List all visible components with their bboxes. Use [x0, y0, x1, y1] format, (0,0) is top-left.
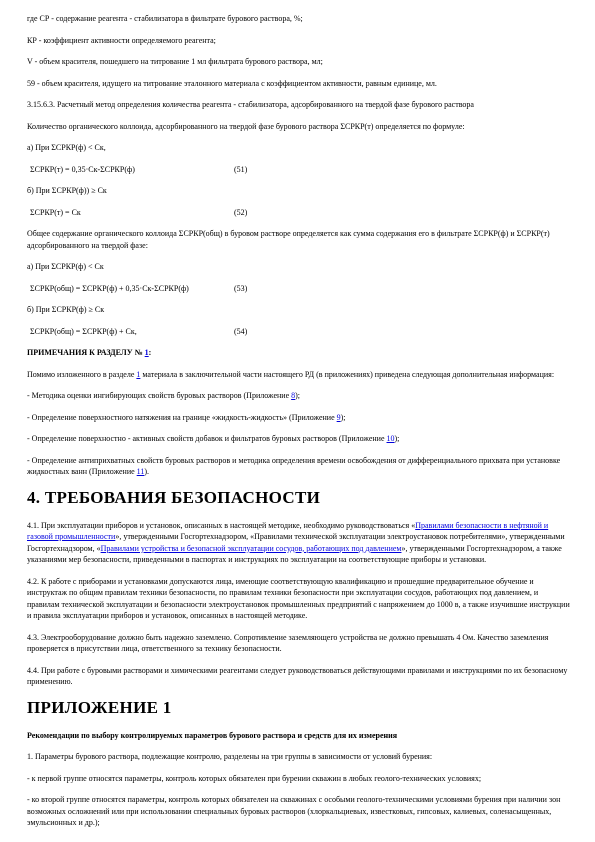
para-3-15-6-3: 3.15.6.3. Расчетный метод определения ко… [27, 99, 571, 111]
document-body: где СР - содержание реагента - стабилиза… [27, 13, 571, 829]
para-bullet-antiprihvat: - Определение антиприхватных свойств бур… [27, 455, 571, 478]
formula-54: ΣСРКР(общ) = ΣСРКР(ф) + Ск,(54) [27, 326, 571, 338]
text-run: КР - коэффициент активности определяемог… [27, 36, 216, 45]
text-run: - Определение антиприхватных свойств бур… [27, 456, 560, 477]
text-run: Общее содержание органического коллоида … [27, 229, 550, 250]
text-run: где СР - содержание реагента - стабилиза… [27, 14, 303, 23]
text-run: материала в заключительной части настоящ… [140, 370, 554, 379]
formula-expression: ΣСРКР(общ) = ΣСРКР(ф) + 0,35·Ск-ΣСРКР(ф) [30, 284, 189, 293]
text-run: Рекомендации по выбору контролируемых па… [27, 731, 397, 740]
heading-section-4: 4. ТРЕБОВАНИЯ БЕЗОПАСНОСТИ [27, 488, 571, 508]
para-59: 59 - объем красителя, идущего на титрова… [27, 78, 571, 90]
link-pravila-sosudy[interactable]: Правилами устройства и безопасной эксплу… [101, 544, 402, 553]
para-kp: КР - коэффициент активности определяемог… [27, 35, 571, 47]
para-case-a-2: а) При ΣСРКР(ф) < Ск [27, 261, 571, 273]
text-run: 59 - объем красителя, идущего на титрова… [27, 79, 437, 88]
text-run: ); [295, 391, 300, 400]
text-run: а) При ΣСРКР(ф) < Ск [27, 262, 104, 271]
formula-number: (54) [234, 326, 247, 338]
para-where-cp: где СР - содержание реагента - стабилиза… [27, 13, 571, 25]
text-run: 4.4. При работе с буровыми растворами и … [27, 666, 567, 687]
text-run: - ко второй группе относятся параметры, … [27, 795, 560, 827]
para-primechaniya: ПРИМЕЧАНИЯ К РАЗДЕЛУ № 1: [27, 347, 571, 359]
para-4-1: 4.1. При эксплуатации приборов и установ… [27, 520, 571, 566]
formula-53: ΣСРКР(общ) = ΣСРКР(ф) + 0,35·Ск-ΣСРКР(ф)… [27, 283, 571, 295]
text-run: Количество органического коллоида, адсор… [27, 122, 465, 131]
text-run: Помимо изложенного в разделе [27, 370, 136, 379]
text-run: 4.1. При эксплуатации приборов и установ… [27, 521, 415, 530]
text-run: : [149, 348, 152, 357]
formula-expression: ΣСРКР(общ) = ΣСРКР(ф) + Ск, [30, 327, 137, 336]
para-rekomendatsii: Рекомендации по выбору контролируемых па… [27, 730, 571, 742]
text-run: 1. Параметры бурового раствора, подлежащ… [27, 752, 432, 761]
text-run: - Методика оценки ингибирующих свойств б… [27, 391, 291, 400]
para-kolichestvo: Количество органического коллоида, адсор… [27, 121, 571, 133]
formula-expression: ΣСРКР(т) = Ск [30, 208, 81, 217]
para-bullet-aktivnye: - Определение поверхностно - активных св… [27, 433, 571, 445]
text-run: ПРИМЕЧАНИЯ К РАЗДЕЛУ № [27, 348, 145, 357]
para-v: V - объем красителя, пошедшего на титров… [27, 56, 571, 68]
formula-expression: ΣСРКР(т) = 0,35·Ск-ΣСРКР(ф) [30, 165, 135, 174]
text-run: - Определение поверхностного натяжения н… [27, 413, 337, 422]
para-vtoraya-gruppa: - ко второй группе относятся параметры, … [27, 794, 571, 829]
link-prilozhenie-10[interactable]: 10 [387, 434, 395, 443]
heading-prilozhenie-1: ПРИЛОЖЕНИЕ 1 [27, 698, 571, 718]
para-bullet-metodika: - Методика оценки ингибирующих свойств б… [27, 390, 571, 402]
para-parametry: 1. Параметры бурового раствора, подлежащ… [27, 751, 571, 763]
para-4-2: 4.2. К работе с приборами и установками … [27, 576, 571, 622]
text-run: ). [144, 467, 149, 476]
para-obshchee: Общее содержание органического коллоида … [27, 228, 571, 251]
para-case-b-2: б) При ΣСРКР(ф) ≥ Ск [27, 304, 571, 316]
formula-number: (51) [234, 164, 247, 176]
para-4-3: 4.3. Электрооборудование должно быть над… [27, 632, 571, 655]
text-run: ); [395, 434, 400, 443]
text-run: 3.15.6.3. Расчетный метод определения ко… [27, 100, 474, 109]
document-page: где СР - содержание реагента - стабилиза… [0, 0, 595, 842]
text-run: б) При ΣСРКР(ф) ≥ Ск [27, 305, 104, 314]
text-run: ПРИЛОЖЕНИЕ 1 [27, 698, 172, 717]
formula-52: ΣСРКР(т) = Ск(52) [27, 207, 571, 219]
para-case-a-1: а) При ΣСРКР(ф) < Ск, [27, 142, 571, 154]
para-pomimo: Помимо изложенного в разделе 1 материала… [27, 369, 571, 381]
text-run: 4.2. К работе с приборами и установками … [27, 577, 570, 621]
text-run: 4.3. Электрооборудование должно быть над… [27, 633, 548, 654]
para-bullet-natyazhenie: - Определение поверхностного натяжения н… [27, 412, 571, 424]
para-case-b-1: б) При ΣСРКР(ф)) ≥ Ск [27, 185, 571, 197]
text-run: - к первой группе относятся параметры, к… [27, 774, 481, 783]
text-run: V - объем красителя, пошедшего на титров… [27, 57, 323, 66]
formula-51: ΣСРКР(т) = 0,35·Ск-ΣСРКР(ф)(51) [27, 164, 571, 176]
para-pervaya-gruppa: - к первой группе относятся параметры, к… [27, 773, 571, 785]
formula-number: (52) [234, 207, 247, 219]
text-run: - Определение поверхностно - активных св… [27, 434, 387, 443]
text-run: ); [341, 413, 346, 422]
text-run: 4. ТРЕБОВАНИЯ БЕЗОПАСНОСТИ [27, 488, 320, 507]
formula-number: (53) [234, 283, 247, 295]
text-run: б) При ΣСРКР(ф)) ≥ Ск [27, 186, 107, 195]
para-4-4: 4.4. При работе с буровыми растворами и … [27, 665, 571, 688]
text-run: а) При ΣСРКР(ф) < Ск, [27, 143, 106, 152]
